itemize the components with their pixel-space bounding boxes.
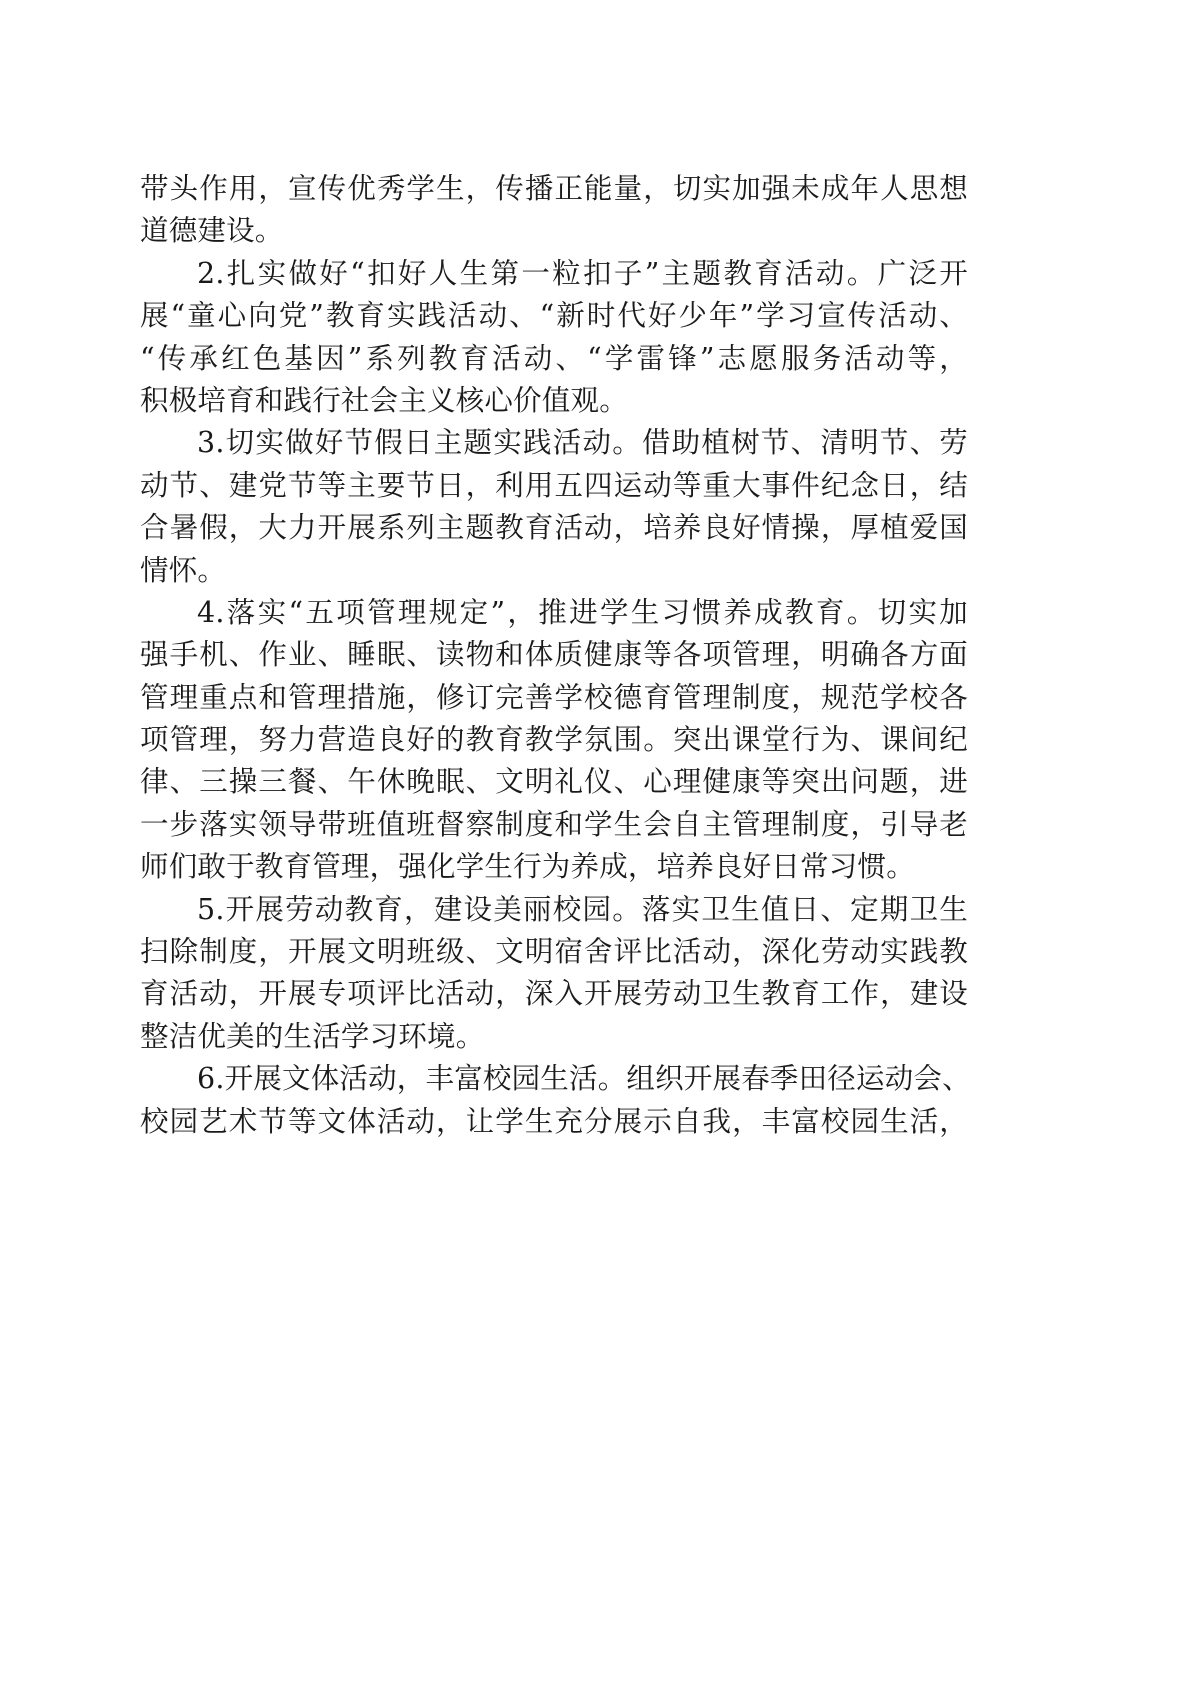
text-line: 扫除制度，开展文明班级、文明宿舍评比活动，深化劳动实践教 xyxy=(140,931,968,973)
paragraph-item-4: 4.落实“五项管理规定”，推进学生习惯养成教育。切实加 强手机、作业、睡眠、读物… xyxy=(140,592,968,889)
text-line: 6.开展文体活动，丰富校园生活。组织开展春季田径运动会、 xyxy=(140,1058,968,1100)
text-line: 2.扎实做好“扣好人生第一粒扣子”主题教育活动。广泛开 xyxy=(140,253,968,295)
text-line: 整洁优美的生活学习环境。 xyxy=(140,1016,968,1058)
paragraph-item-3: 3.切实做好节假日主题实践活动。借助植树节、清明节、劳 动节、建党节等主要节日，… xyxy=(140,422,968,592)
text-line: 合暑假，大力开展系列主题教育活动，培养良好情操，厚植爱国 xyxy=(140,507,968,549)
text-line: 5.开展劳动教育，建设美丽校园。落实卫生值日、定期卫生 xyxy=(140,889,968,931)
text-line: 3.切实做好节假日主题实践活动。借助植树节、清明节、劳 xyxy=(140,422,968,464)
paragraph-item-6: 6.开展文体活动，丰富校园生活。组织开展春季田径运动会、 校园艺术节等文体活动，… xyxy=(140,1058,968,1143)
text-line: “传承红色基因”系列教育活动、“学雷锋”志愿服务活动等， xyxy=(140,338,968,380)
paragraph-continuation: 带头作用，宣传优秀学生，传播正能量，切实加强未成年人思想 道德建设。 xyxy=(140,168,968,253)
text-line: 带头作用，宣传优秀学生，传播正能量，切实加强未成年人思想 xyxy=(140,168,968,210)
text-line: 一步落实领导带班值班督察制度和学生会自主管理制度，引导老 xyxy=(140,804,968,846)
document-page: 带头作用，宣传优秀学生，传播正能量，切实加强未成年人思想 道德建设。 2.扎实做… xyxy=(140,168,968,1143)
text-line: 育活动，开展专项评比活动，深入开展劳动卫生教育工作，建设 xyxy=(140,973,968,1015)
paragraph-item-5: 5.开展劳动教育，建设美丽校园。落实卫生值日、定期卫生 扫除制度，开展文明班级、… xyxy=(140,889,968,1059)
text-line: 师们敢于教育管理，强化学生行为养成，培养良好日常习惯。 xyxy=(140,846,968,888)
text-line: 校园艺术节等文体活动，让学生充分展示自我，丰富校园生活， xyxy=(140,1101,968,1143)
text-line: 强手机、作业、睡眠、读物和体质健康等各项管理，明确各方面 xyxy=(140,634,968,676)
text-line: 管理重点和管理措施，修订完善学校德育管理制度，规范学校各 xyxy=(140,677,968,719)
text-line: 动节、建党节等主要节日，利用五四运动等重大事件纪念日，结 xyxy=(140,465,968,507)
text-line: 律、三操三餐、午休晚眠、文明礼仪、心理健康等突出问题，进 xyxy=(140,761,968,803)
text-line: 情怀。 xyxy=(140,550,968,592)
text-line: 项管理，努力营造良好的教育教学氛围。突出课堂行为、课间纪 xyxy=(140,719,968,761)
text-line: 展“童心向党”教育实践活动、“新时代好少年”学习宣传活动、 xyxy=(140,295,968,337)
text-line: 4.落实“五项管理规定”，推进学生习惯养成教育。切实加 xyxy=(140,592,968,634)
text-line: 道德建设。 xyxy=(140,210,968,252)
paragraph-item-2: 2.扎实做好“扣好人生第一粒扣子”主题教育活动。广泛开 展“童心向党”教育实践活… xyxy=(140,253,968,423)
text-line: 积极培育和践行社会主义核心价值观。 xyxy=(140,380,968,422)
